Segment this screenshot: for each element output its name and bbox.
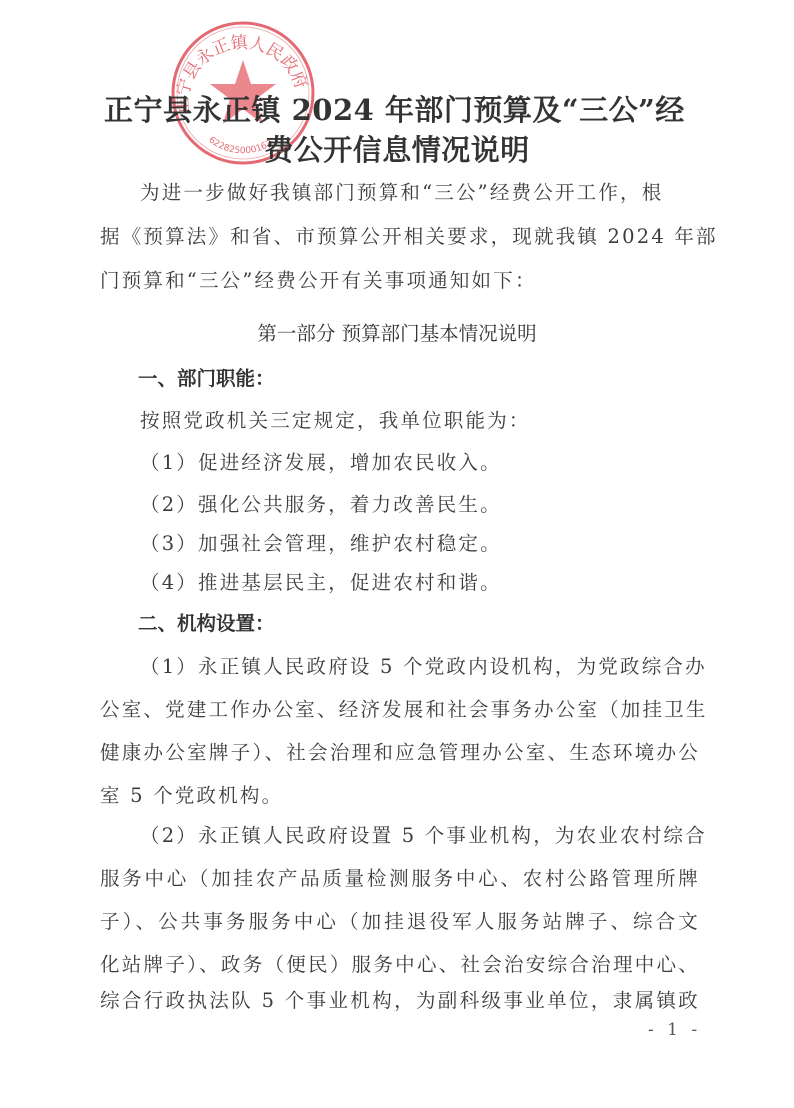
- intro-line-2: 据《预算法》和省、市预算公开相关要求，现就我镇 2024 年部: [100, 221, 700, 249]
- document-title-line1: 正宁县永正镇 2024 年部门预算及“三公”经: [104, 88, 685, 129]
- part-heading: 第一部分 预算部门基本情况说明: [0, 318, 794, 346]
- function-item-4: （4）推进基层民主，促进农村和谐。: [140, 567, 502, 595]
- section1-heading: 一、部门职能：: [138, 363, 275, 391]
- org-para1-line2: 公室、党建工作办公室、经济发展和社会事务办公室（加挂卫生: [100, 694, 700, 722]
- org-para2-line1: （2）永正镇人民政府设置 5 个事业机构，为农业农村综合: [140, 820, 707, 848]
- section1-lead: 按照党政机关三定规定，我单位职能为：: [140, 405, 531, 433]
- org-para2-line4: 化站牌子）、政务（便民）服务中心、社会治安综合治理中心、: [100, 949, 700, 977]
- org-para1-line4: 室 5 个党政机构。: [100, 780, 283, 808]
- org-para2-line5: 综合行政执法队 5 个事业机构，为副科级事业单位，隶属镇政: [100, 985, 700, 1013]
- function-item-1: （1）促进经济发展，增加农民收入。: [140, 447, 502, 475]
- intro-line-3: 门预算和“三公”经费公开有关事项通知如下：: [100, 265, 537, 293]
- org-para2-line3: 子）、公共事务服务中心（加挂退役军人服务站牌子、综合文: [100, 906, 700, 934]
- intro-line-1: 为进一步做好我镇部门预算和“三公”经费公开工作，根: [140, 177, 663, 205]
- org-para2-line2: 服务中心（加挂农产品质量检测服务中心、农村公路管理所牌: [100, 863, 700, 891]
- org-para1-line3: 健康办公室牌子）、社会治理和应急管理办公室、生态环境办公: [100, 737, 700, 765]
- org-para1-line1: （1）永正镇人民政府设 5 个党政内设机构，为党政综合办: [140, 651, 707, 679]
- document-page: 正宁县永正镇人民政府 622825000163 正宁县永正镇 2024 年部门预…: [0, 0, 794, 1108]
- section2-heading: 二、机构设置：: [138, 608, 275, 636]
- function-item-2: （2）强化公共服务，着力改善民生。: [140, 489, 502, 517]
- document-title-line2: 费公开信息情况说明: [0, 128, 794, 169]
- function-item-3: （3）加强社会管理，维护农村稳定。: [140, 528, 502, 556]
- page-number: - 1 -: [648, 1020, 701, 1040]
